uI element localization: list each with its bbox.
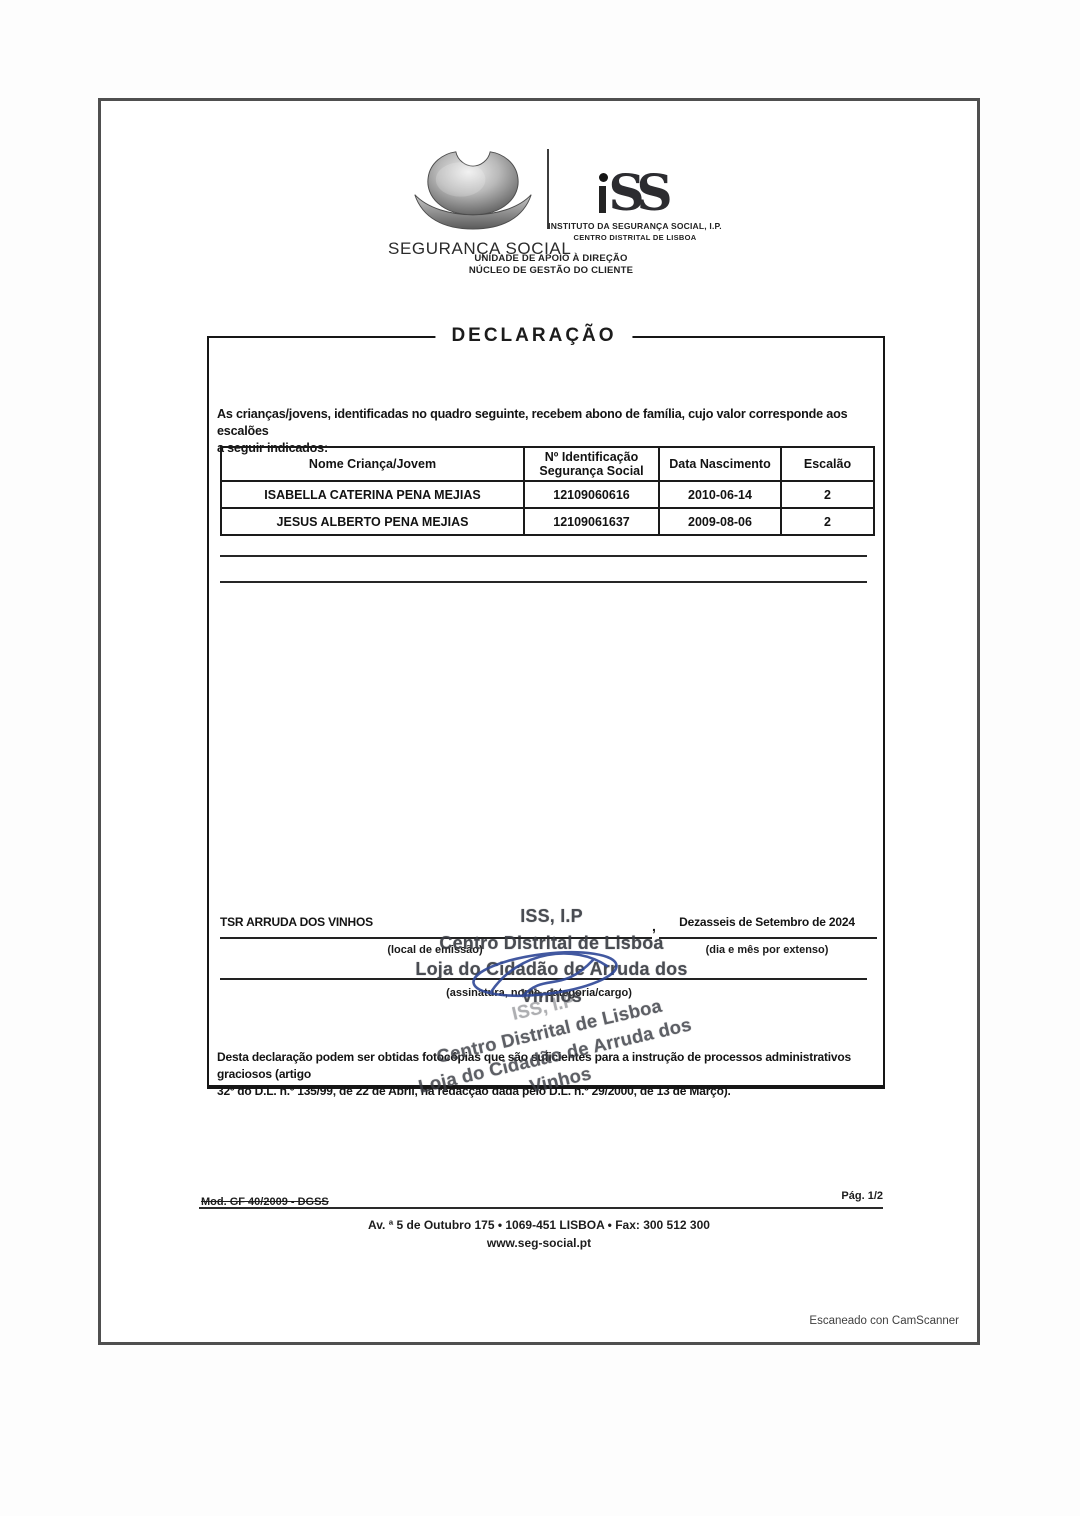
col-header-nome: Nome Criança/Jovem [221, 447, 524, 481]
cell-nome: JESUS ALBERTO PENA MEJIAS [221, 508, 524, 535]
document-page: SEGURANÇA SOCIAL SS INSTITUTO DA SEGURAN… [98, 98, 980, 1345]
empty-row-line [220, 581, 867, 583]
iss-logo: SS INSTITUTO DA SEGURANÇA SOCIAL, I.P. C… [525, 157, 745, 242]
page-number: Pág. 1/2 [783, 1190, 883, 1202]
place-of-issue: TSR ARRUDA DOS VINHOS [220, 915, 373, 929]
iss-district-label: CENTRO DISTRITAL DE LISBOA [525, 233, 745, 242]
empty-row-line [220, 555, 867, 557]
table-row: JESUS ALBERTO PENA MEJIAS 12109061637 20… [221, 508, 874, 535]
camscanner-watermark: Escaneado con CamScanner [101, 1315, 959, 1327]
unit-line-2: NÚCLEO DE GESTÃO DO CLIENTE [401, 265, 701, 277]
table-header-row: Nome Criança/Jovem Nº Identificação Segu… [221, 447, 874, 481]
declaration-box: DECLARAÇÃO As crianças/jovens, identific… [207, 336, 885, 1089]
col-header-niss-line2: Segurança Social [539, 464, 643, 478]
cell-nome: ISABELLA CATERINA PENA MEJIAS [221, 481, 524, 508]
iss-monogram-icon: SS [597, 157, 672, 213]
intro-line-1: As crianças/jovens, identificadas no qua… [217, 406, 883, 440]
handwritten-signature [457, 938, 637, 1010]
cell-escalao: 2 [781, 481, 874, 508]
footer-address: Av. ª 5 de Outubro 175 • 1069-451 LISBOA… [101, 1218, 977, 1232]
col-header-niss: Nº Identificação Segurança Social [524, 447, 659, 481]
cell-escalao: 2 [781, 508, 874, 535]
seguranca-social-emblem-icon [411, 141, 535, 237]
stamp-line-1: ISS, I.P [384, 903, 719, 930]
issuing-unit: UNIDADE DE APOIO À DIREÇÃO NÚCLEO DE GES… [401, 253, 701, 277]
cell-data-nascimento: 2010-06-14 [659, 481, 781, 508]
col-header-data-nascimento: Data Nascimento [659, 447, 781, 481]
iss-institute-label: INSTITUTO DA SEGURANÇA SOCIAL, I.P. [525, 221, 745, 231]
cell-niss: 12109061637 [524, 508, 659, 535]
footer-website: www.seg-social.pt [101, 1236, 977, 1250]
unit-line-1: UNIDADE DE APOIO À DIREÇÃO [401, 253, 701, 265]
declaration-title: DECLARAÇÃO [435, 325, 632, 347]
form-model-code: Mod. GF 40/2009 - DGSS [201, 1196, 329, 1208]
scanned-document-canvas: SEGURANÇA SOCIAL SS INSTITUTO DA SEGURAN… [0, 0, 1080, 1516]
cell-data-nascimento: 2009-08-06 [659, 508, 781, 535]
children-table: Nome Criança/Jovem Nº Identificação Segu… [220, 446, 875, 536]
cell-niss: 12109060616 [524, 481, 659, 508]
col-header-niss-line1: Nº Identificação [545, 450, 638, 464]
table-row: ISABELLA CATERINA PENA MEJIAS 1210906061… [221, 481, 874, 508]
col-header-escalao: Escalão [781, 447, 874, 481]
